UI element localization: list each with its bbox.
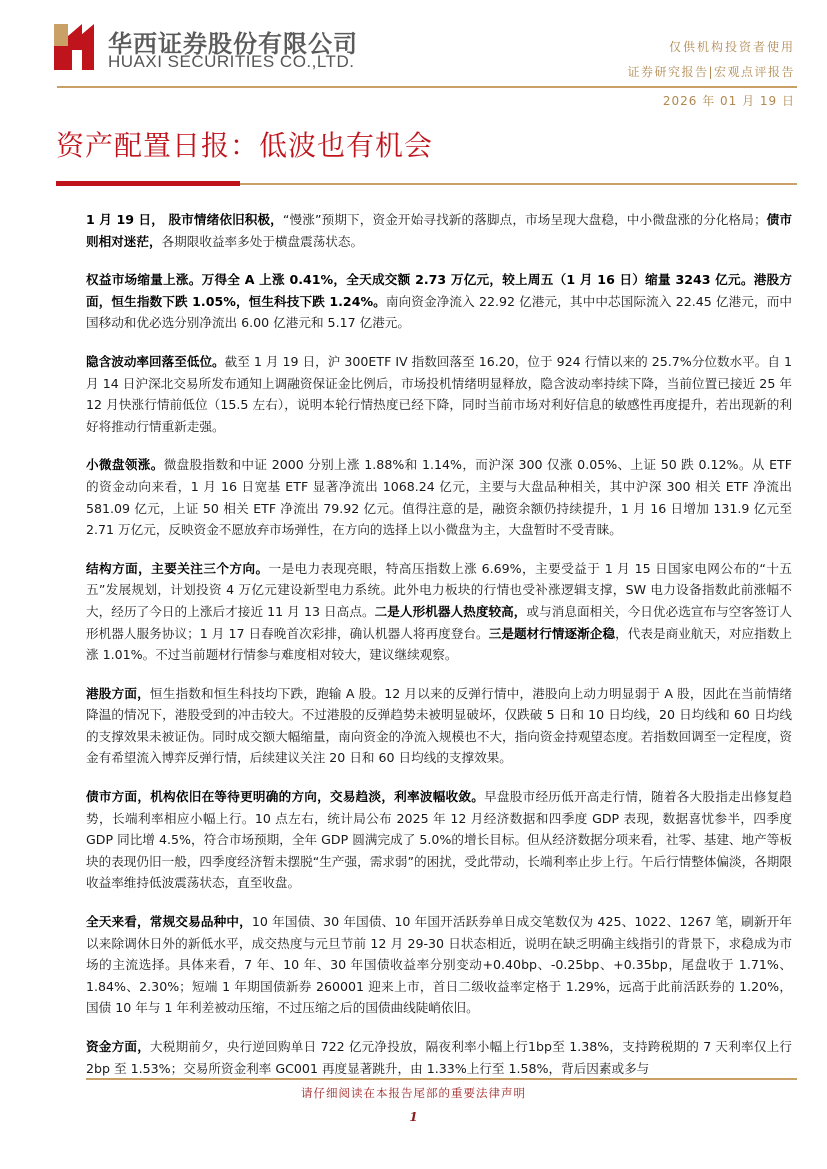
body-paragraph: 隐含波动率回落至低位。截至 1 月 19 日，沪 300ETF IV 指数回落至… xyxy=(86,351,792,437)
paragraph-lead-bold: 全天来看，常规交易品种中， xyxy=(86,914,252,929)
title-underline-gold xyxy=(240,183,797,185)
paragraph-lead-bold: 港股方面， xyxy=(86,686,150,701)
company-name-en: HUAXI SECURITIES CO.,LTD. xyxy=(108,52,354,72)
report-type: 证券研究报告|宏观点评报告 xyxy=(627,63,795,80)
company-logo: 华西证券股份有限公司 HUAXI SECURITIES CO.,LTD. xyxy=(52,20,382,76)
body-paragraph: 港股方面，恒生指数和恒生科技均下跌，跑输 A 股。12 月以来的反弹行情中，港股… xyxy=(86,683,792,769)
body-paragraph: 全天来看，常规交易品种中，10 年国债、30 年国债、10 年国开活跃券单日成交… xyxy=(86,911,792,1019)
body-paragraph: 结构方面，主要关注三个方向。一是电力表现亮眼，特高压指数上涨 6.69%，主要受… xyxy=(86,558,792,666)
report-title: 资产配置日报：低波也有机会 xyxy=(56,124,433,164)
title-underline-red xyxy=(56,181,240,186)
paragraph-text: “慢涨”预期下，资金开始寻找新的落脚点，市场呈现大盘稳，中小微盘涨的分化格局； xyxy=(283,212,767,227)
body-paragraph: 1 月 19 日， 股市情绪依旧积极，“慢涨”预期下，资金开始寻找新的落脚点，市… xyxy=(86,209,792,252)
page-number: 1 xyxy=(0,1110,827,1124)
header-divider xyxy=(57,86,797,88)
paragraph-lead-bold: 1 月 19 日， 股市情绪依旧积极， xyxy=(86,212,283,227)
paragraph-text: 恒生指数和恒生科技均下跌，跑输 A 股。12 月以来的反弹行情中，港股向上动力明… xyxy=(86,686,792,766)
paragraph-lead-bold: 结构方面，主要关注三个方向。 xyxy=(86,561,269,576)
paragraph-text: 10 年国债、30 年国债、10 年国开活跃券单日成交笔数仅为 425、1022… xyxy=(86,914,792,1015)
paragraph-text: 各期限收益率多处于横盘震荡状态。 xyxy=(162,234,364,249)
paragraph-lead-bold: 二是人形机器人热度较高， xyxy=(375,604,527,619)
report-date: 2026 年 01 月 19 日 xyxy=(663,92,795,109)
report-body: 1 月 19 日， 股市情绪依旧积极，“慢涨”预期下，资金开始寻找新的落脚点，市… xyxy=(86,209,792,1096)
huaxi-logo-icon xyxy=(54,24,96,70)
paragraph-lead-bold: 小微盘领涨。 xyxy=(86,457,164,472)
paragraph-lead-bold: 隐含波动率回落至低位。 xyxy=(86,354,225,369)
footer-divider xyxy=(86,1078,797,1080)
body-paragraph: 权益市场缩量上涨。万得全 A 上涨 0.41%，全天成交额 2.73 万亿元，较… xyxy=(86,269,792,334)
paragraph-text: 早盘股市经历低开高走行情，随着各大股指走出修复趋势，长端利率相应小幅上行。10 … xyxy=(86,789,792,890)
paragraph-lead-bold: 三是题材行情逐渐企稳 xyxy=(489,626,615,641)
audience-note: 仅供机构投资者使用 xyxy=(669,38,795,55)
body-paragraph: 小微盘领涨。微盘股指数和中证 2000 分别上涨 1.88%和 1.14%，而沪… xyxy=(86,454,792,540)
paragraph-text: 大税期前夕，央行逆回购单日 722 亿元净投放，隔夜利率小幅上行1bp至 1.3… xyxy=(86,1039,792,1076)
paragraph-text: 微盘股指数和中证 2000 分别上涨 1.88%和 1.14%，而沪深 300 … xyxy=(86,457,792,537)
body-paragraph: 债市方面，机构依旧在等待更明确的方向，交易趋淡，利率波幅收敛。早盘股市经历低开高… xyxy=(86,786,792,894)
paragraph-lead-bold: 债市方面，机构依旧在等待更明确的方向，交易趋淡，利率波幅收敛。 xyxy=(86,789,484,804)
legal-disclaimer-note: 请仔细阅读在本报告尾部的重要法律声明 xyxy=(0,1085,827,1101)
paragraph-lead-bold: 资金方面， xyxy=(86,1039,150,1054)
body-paragraph: 资金方面，大税期前夕，央行逆回购单日 722 亿元净投放，隔夜利率小幅上行1bp… xyxy=(86,1036,792,1079)
